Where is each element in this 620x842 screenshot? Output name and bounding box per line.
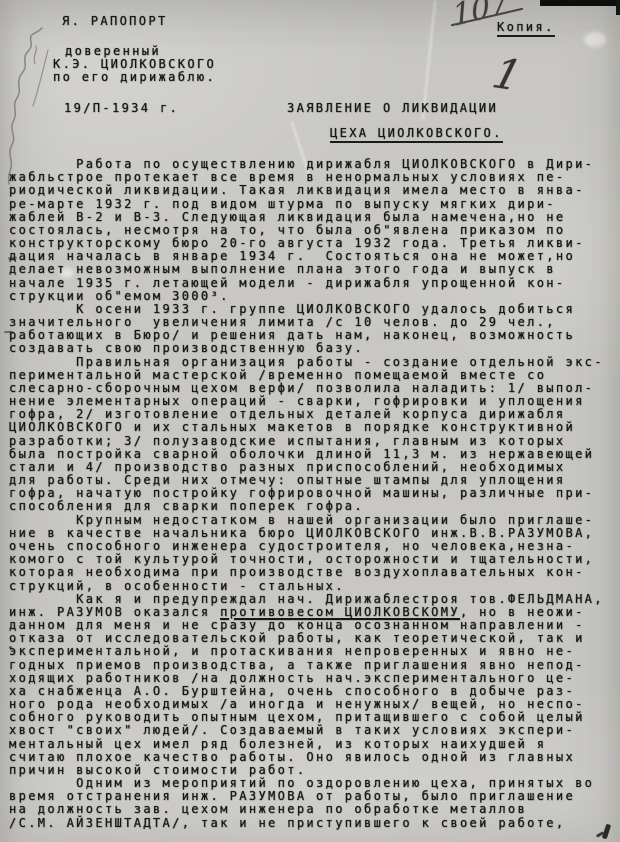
document-line: способления для сварки поперек гофра. [9, 500, 617, 513]
document-line: ре-марте 1932 г. под видом штурма по вып… [9, 198, 617, 211]
scan-edge-bar [540, 0, 620, 6]
document-line: годных приемов производства, а также при… [9, 659, 617, 672]
document-line: экспериментальной, и протаскивания непро… [9, 645, 617, 658]
document-line: струкции об"емом 3000³. [9, 290, 617, 303]
scan-edge-sliver [616, 0, 620, 15]
document-line: ние в качестве начальника бюро ЦИОЛКОВСК… [9, 527, 617, 540]
copy-label: Копия. [497, 20, 555, 34]
document-line: Крупным недостатком в нашей организации … [9, 514, 617, 527]
document-line: делает невозможным выполнение плана этог… [9, 263, 617, 276]
document-line: /С.М. АЙЗЕНШТАДТА/, так и не приступивше… [9, 817, 617, 830]
document-line: была постройка сварной оболочки длиной 1… [9, 448, 617, 461]
copy-label-text: Копия. [497, 20, 555, 37]
doc-title-line2-text: ЦЕХА ЦИОЛКОВСКОГО. [330, 126, 503, 143]
document-line: риодической ликвидации. Такая ликвидация… [9, 184, 617, 197]
header-author: Я. РАПОПОРТ [62, 14, 168, 28]
header-role-line-3: по его дирижаблю. [53, 70, 216, 84]
document-line: периментальной мастерской /временно поме… [9, 369, 617, 382]
document-line: на должность зав. цехом инженера по обра… [9, 803, 617, 816]
document-line: ЦИОЛКОВСКОГО и их стальных макетов в пор… [9, 421, 617, 434]
doc-title-line1: ЗАЯВЛЕНИЕ О ЛИКВИДАЦИИ [287, 101, 498, 115]
document-line: считаю плохое качество работы. Оно явило… [9, 751, 617, 764]
header-role-line-1: доверенный [65, 44, 161, 58]
document-body: Работа по осуществлению дирижабля ЦИОЛКО… [9, 158, 617, 830]
paper-blotch [584, 32, 606, 47]
scanned-document-sheet: 107 1 Я. РАПОПОРТ Копия. доверенный К.Э.… [0, 0, 620, 842]
document-line: струкций, в особенности - стальных. [9, 580, 617, 593]
document-line: начале 1935 г. летающей модели - дирижаб… [9, 277, 617, 290]
document-line: которая необходима при производстве возд… [9, 566, 617, 579]
header-date: 19/П-1934 г. [64, 101, 179, 115]
document-line: Правильная организация работы - создание… [9, 356, 617, 369]
document-line: хвост "своих" людей/. Создаваемый в таки… [9, 724, 617, 737]
document-line: разработки; 3/ полузаводские испытания, … [9, 435, 617, 448]
document-line: жаблей В-2 и В-3. Следующая ликвидация б… [9, 211, 617, 224]
document-line: ходящих работников /на должность нач.экс… [9, 672, 617, 685]
handwritten-figure-one: 1 [488, 49, 527, 101]
document-line: создавать свою производственную базу. [9, 342, 617, 355]
document-line: ментальный цех имел ряд болезней, из кот… [9, 738, 617, 751]
header-role-line-2: К.Э. ЦИОЛКОВСКОГО [53, 57, 216, 71]
underlined-phrase: противовесом ЦИОЛКОВСКОМУ [220, 605, 460, 619]
doc-title-line2: ЦЕХА ЦИОЛКОВСКОГО. [330, 126, 503, 140]
